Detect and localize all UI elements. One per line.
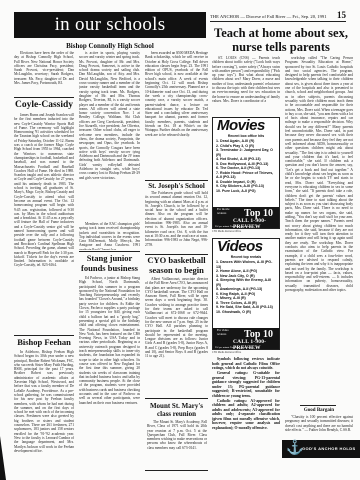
list-item: 4. Sleeping With the Enemy, A-III (R) bbox=[216, 278, 276, 287]
promo-call-text: For movie reviews bbox=[217, 208, 235, 215]
article-text: The Mount St. Mary's Academy, Fall River… bbox=[147, 420, 207, 450]
newspaper-page: in our schools THE ANCHOR — Diocese of F… bbox=[0, 0, 360, 480]
list-item: 10. Ghostwalk, O (R) bbox=[216, 310, 276, 315]
article-text: ST. LOUIS (CNS) — Parents teach children… bbox=[212, 56, 280, 103]
movies-list: 1. Dead Again, A-III (R) 2. Child's Play… bbox=[213, 139, 279, 193]
article-mount-st-marys: The Mount St. Mary's Academy, Fall River… bbox=[147, 420, 207, 464]
article-text: is active in sports, playing varsity soc… bbox=[79, 51, 140, 180]
movies-promo-banner: For movie reviews Top 10 CALL 1-900-PREV… bbox=[213, 207, 279, 228]
article-bishop-feehan: In Attleboro, Bishop Feehan High School … bbox=[14, 350, 74, 478]
article-coyle-cassidy: James Burns and Joseph Scanlon will be t… bbox=[14, 113, 74, 335]
article-text: James Burns and Joseph Scanlon will be t… bbox=[14, 113, 74, 268]
ratings-legend: Symbols following reviews indicate both … bbox=[212, 357, 280, 431]
list-item: 10. Pure Luck, A-II (PG) bbox=[216, 189, 276, 194]
promo-footer: 95¢ per minute Touchtone phones only bbox=[215, 225, 252, 228]
anchor-icon: ⚓ bbox=[286, 440, 303, 458]
article-connolly-col2: is active in sports, playing varsity soc… bbox=[79, 51, 140, 221]
divider bbox=[300, 405, 336, 406]
list-item: 7. Robin Hood: Prince of Thieves, A-II (… bbox=[216, 171, 276, 180]
movies-box: Movies Recent box office hits 1. Dead Ag… bbox=[212, 117, 280, 229]
headline-stang-junior: Stang junior founds business bbox=[79, 254, 140, 273]
divider bbox=[14, 97, 74, 98]
section-banner: in our schools bbox=[14, 12, 206, 38]
divider bbox=[145, 398, 208, 399]
page-folio: THE ANCHOR — Diocese of Fall River — Fri… bbox=[210, 14, 346, 22]
videos-subtitle: Recent top rentals bbox=[213, 255, 279, 259]
videos-box: Videos Recent top rentals 1. Dances With… bbox=[212, 238, 280, 350]
headline-bishop-connolly: Bishop Connolly High School bbox=[14, 42, 206, 50]
article-good-bargain: "Chastity is 100 percent effective again… bbox=[285, 415, 353, 437]
article-connolly-col1: Elections have been the order of the day… bbox=[14, 51, 74, 95]
headline-cyo-basketball: CYO basketball season to begin bbox=[145, 256, 208, 275]
ad-label: GOD'S ANCHOR HOLDS bbox=[302, 446, 356, 451]
article-text: been awarded an $500 MEDA Heritage Bank … bbox=[145, 51, 208, 137]
article-teach-col1: ST. LOUIS (CNS) — Parents teach children… bbox=[212, 56, 280, 114]
gods-anchor-holds-ad: ⚓ GOD'S ANCHOR HOLDS bbox=[282, 440, 360, 458]
list-item: 9. He Said, She Said, A-III (PG-13) bbox=[216, 305, 276, 310]
article-cyo-basketball: Albert Vaillancourt, associate director … bbox=[145, 277, 208, 395]
divider bbox=[145, 180, 208, 181]
videos-credit: CNS Media Reviews Office bbox=[212, 351, 241, 354]
videos-promo-banner: For video reviews Top 10 CALL 1-900-PREV… bbox=[213, 328, 279, 349]
promo-call-text: For video reviews bbox=[217, 329, 235, 336]
page-edge-shadow bbox=[0, 436, 6, 480]
headline-mount-st-marys: Mount St. Mary's class reunion bbox=[145, 402, 208, 418]
ratings-intro: Symbols following reviews indicate both … bbox=[212, 357, 280, 371]
divider bbox=[145, 470, 208, 471]
article-text: The Fairhaven grade school will hold its… bbox=[145, 191, 208, 247]
article-text: In Attleboro, Bishop Feehan High School … bbox=[14, 350, 74, 453]
article-text: "Chastity is 100 percent effective again… bbox=[285, 415, 353, 432]
headline-st-josephs: St. Joseph's School bbox=[145, 182, 208, 190]
article-stang-lead: Members of the EAC champion girls' sprin… bbox=[79, 222, 140, 250]
list-item: 1. Dances With Wolves, A-III (PG-13) bbox=[216, 260, 276, 269]
article-connolly-col3: been awarded an $500 MEDA Heritage Bank … bbox=[145, 51, 208, 179]
ratings-catholic: Catholic ratings: A1-approved for childr… bbox=[212, 399, 280, 431]
article-st-josephs: The Fairhaven grade school will hold its… bbox=[145, 191, 208, 253]
videos-list: 1. Dances With Wolves, A-III (PG-13) 2. … bbox=[213, 260, 279, 314]
article-stang-junior: Ed Pacheco, a junior at Bishop Stang Hig… bbox=[79, 276, 140, 476]
article-text: workshop called "The Caring Person Progr… bbox=[285, 56, 353, 292]
article-text: Elections have been the order of the day… bbox=[14, 51, 74, 85]
page-number: 15 bbox=[337, 10, 346, 20]
movies-title: Movies bbox=[213, 118, 279, 133]
folio-text: THE ANCHOR — Diocese of Fall River — Fri… bbox=[210, 14, 327, 19]
promo-footer: 95¢ per minute Touchtone phones only bbox=[215, 346, 252, 349]
article-text: Albert Vaillancourt, associate director … bbox=[145, 277, 208, 359]
movies-credit: CNS Media Reviews Office bbox=[212, 230, 241, 233]
movies-subtitle: Recent box office hits bbox=[213, 134, 279, 138]
videos-title: Videos bbox=[213, 239, 279, 254]
article-teach-col2: workshop called "The Caring Person Progr… bbox=[285, 56, 353, 414]
headline-teach-at-home: Teach at home about sex, nurse tells par… bbox=[210, 26, 352, 54]
headline-bishop-feehan: Bishop Feehan bbox=[14, 338, 74, 348]
list-item: 3. Terminator 2: Judgment Day, O (R) bbox=[216, 148, 276, 157]
headline-coyle-cassidy: Coyle-Cassidy bbox=[14, 100, 74, 111]
ratings-general: General ratings: G-suitable for general … bbox=[212, 371, 280, 398]
headline-good-bargain: Good Bargain bbox=[285, 408, 353, 413]
divider bbox=[14, 335, 74, 336]
article-text: Ed Pacheco, a junior at Bishop Stang Hig… bbox=[79, 276, 140, 405]
divider bbox=[79, 251, 140, 252]
article-text: Members of the EAC champion girls' sprin… bbox=[79, 222, 140, 250]
